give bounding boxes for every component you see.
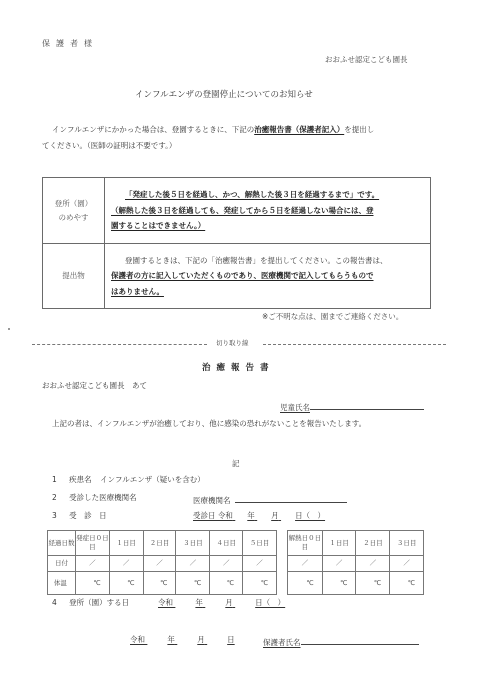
body-line: 保護者の方に記入していただくものであり、医療機関で記入してもらうもので (111, 268, 424, 284)
signature-date-field[interactable]: 令和 年 月 日 (130, 636, 235, 644)
notice-body-attendance: 「発症した後５日を経過し、かつ、解熱した後３日を経過するまで」です。 （解熱した… (105, 178, 431, 244)
onset-day-3: ３日目 (176, 531, 210, 556)
fever-date-row: ／ ／ ／ ／ (288, 556, 424, 572)
report-statement: 上記の者は、インフルエンザが治癒しており、他に感染の恐れがないことを報告いたしま… (52, 420, 366, 428)
notice-body-submission: 登園するときは、下記の「治癒報告書」を提出してください。この報告書は、 保護者の… (105, 244, 431, 309)
body-line: 登園するときは、下記の「治癒報告書」を提出してください。この報告書は、 (111, 253, 424, 269)
signature-month: 月 (197, 635, 205, 644)
date-cell[interactable]: ／ (176, 556, 210, 572)
onset-date-row: 日付 ／ ／ ／ ／ ／ ／ (48, 556, 277, 572)
notice-row-submission: 提出物 登園するときは、下記の「治癒報告書」を提出してください。この報告書は、 … (43, 244, 431, 309)
date-cell[interactable]: ／ (75, 556, 109, 572)
hospital-name-input[interactable] (235, 494, 347, 503)
scan-mark (8, 328, 10, 330)
fever-temp-row: ℃ ℃ ℃ ℃ (288, 572, 424, 595)
item-3: 3 受 診 日 (52, 512, 107, 520)
visit-date-field[interactable]: 受診日 令和 年 月 日（ ） (193, 512, 325, 520)
notice-label-submission: 提出物 (43, 244, 105, 309)
date-cell[interactable]: ／ (143, 556, 176, 572)
report-addressee: おおふせ認定こども園長 あて (42, 382, 147, 390)
onset-day-4: ４日目 (210, 531, 243, 556)
visit-month: 月 (271, 511, 279, 520)
report-title: 治癒報告書 (202, 364, 275, 373)
return-day: 日（ ） (255, 598, 285, 607)
guardian-name-field[interactable]: 保護者氏名 (263, 636, 419, 647)
label-line: 登所（園） (43, 197, 104, 211)
item-number: 2 (52, 493, 57, 502)
fever-temperature-table: 解熱日０日目 １日目 ２日目 ３日目 ／ ／ ／ ／ ℃ ℃ ℃ ℃ (287, 530, 424, 595)
temp-row-label: 体温 (48, 572, 76, 595)
fever-day-1: １日目 (322, 531, 356, 556)
elapsed-days-header: 経過日数 (48, 531, 76, 556)
temp-cell[interactable]: ℃ (75, 572, 109, 595)
ki-label: 記 (232, 460, 240, 468)
return-era: 令和 (158, 598, 173, 607)
visit-date-label: 受診日 令和 (193, 511, 233, 520)
hospital-name-field[interactable]: 医療機関名 (193, 494, 347, 505)
date-cell[interactable]: ／ (390, 556, 424, 572)
cut-line-left (32, 344, 207, 345)
temp-cell[interactable]: ℃ (288, 572, 323, 595)
visit-day: 日（ ） (295, 511, 325, 520)
notice-title: インフルエンザの登園停止についてのお知らせ (135, 91, 313, 100)
guardian-name-label: 保護者氏名 (263, 638, 301, 647)
fever-day-2: ２日目 (356, 531, 390, 556)
temp-cell[interactable]: ℃ (210, 572, 243, 595)
notice-label-attendance: 登所（園） のめやす (43, 178, 105, 244)
label-line: 提出物 (43, 269, 104, 283)
temp-cell[interactable]: ℃ (390, 572, 424, 595)
intro-line-2: てください。（医師の証明は不要です。） (42, 142, 176, 150)
report-name-emphasis: 治癒報告書（保護者記入） (254, 125, 344, 134)
return-date-field[interactable]: 令和 年 月 日（ ） (158, 599, 285, 607)
item-1: 1 疾患名 インフルエンザ（疑いを含む） (52, 476, 205, 484)
date-cell[interactable]: ／ (288, 556, 323, 572)
child-name-field[interactable]: 児童氏名 (280, 401, 424, 412)
temp-cell[interactable]: ℃ (176, 572, 210, 595)
onset-temp-row: 体温 ℃ ℃ ℃ ℃ ℃ ℃ (48, 572, 277, 595)
temp-cell[interactable]: ℃ (109, 572, 143, 595)
notice-table: 登所（園） のめやす 「発症した後５日を経過し、かつ、解熱した後３日を経過するま… (42, 177, 431, 309)
signature-day: 日 (227, 635, 235, 644)
signature-year: 年 (167, 635, 175, 644)
intro-text: インフルエンザにかかった場合は、登園するときに、下記の (52, 125, 254, 134)
label-line: のめやす (43, 211, 104, 225)
intro-text-end: を提出し (344, 125, 374, 134)
fever-day-0: 解熱日０日目 (288, 531, 323, 556)
item-label: 疾患名 (69, 475, 92, 484)
date-row-label: 日付 (48, 556, 76, 572)
intro-line-1: インフルエンザにかかった場合は、登園するときに、下記の治癒報告書（保護者記入）を… (52, 126, 374, 134)
child-name-input[interactable] (310, 401, 424, 410)
child-name-label: 児童氏名 (280, 403, 310, 412)
onset-day-5: ５日目 (243, 531, 277, 556)
guardian-name-input[interactable] (301, 636, 419, 645)
signature-era: 令和 (130, 635, 145, 644)
date-cell[interactable]: ／ (322, 556, 356, 572)
return-year: 年 (195, 598, 203, 607)
visit-year: 年 (247, 511, 255, 520)
item-label: 受診した医療機関名 (69, 493, 137, 502)
date-cell[interactable]: ／ (210, 556, 243, 572)
return-month: 月 (225, 598, 233, 607)
item-number: 1 (52, 475, 57, 484)
cut-line-right (263, 344, 446, 345)
date-cell[interactable]: ／ (356, 556, 390, 572)
body-line: （解熱した後３日を経過しても、発症してから５日を経過しない場合には、登 (111, 203, 424, 219)
date-cell[interactable]: ／ (109, 556, 143, 572)
notice-row-attendance: 登所（園） のめやす 「発症した後５日を経過し、かつ、解熱した後３日を経過するま… (43, 178, 431, 244)
body-line: 「発症した後５日を経過し、かつ、解熱した後３日を経過するまで」です。 (111, 187, 424, 203)
onset-day-1: １日目 (109, 531, 143, 556)
item-label: 受 診 日 (69, 511, 107, 520)
fever-header-row: 解熱日０日目 １日目 ２日目 ３日目 (288, 531, 424, 556)
recipient-label: 保護者様 (42, 40, 98, 48)
hospital-name-label: 医療機関名 (193, 496, 231, 505)
temp-cell[interactable]: ℃ (356, 572, 390, 595)
onset-header-row: 経過日数 発症日０日目 １日目 ２日目 ３日目 ４日目 ５日目 (48, 531, 277, 556)
disease-name: インフルエンザ（疑いを含む） (100, 475, 205, 484)
item-number: 3 (52, 511, 57, 520)
date-cell[interactable]: ／ (243, 556, 277, 572)
temp-cell[interactable]: ℃ (143, 572, 176, 595)
onset-day-0: 発症日０日目 (75, 531, 109, 556)
temp-cell[interactable]: ℃ (243, 572, 277, 595)
onset-temperature-table: 経過日数 発症日０日目 １日目 ２日目 ３日目 ４日目 ５日目 日付 ／ ／ ／… (47, 530, 277, 595)
body-line: 園することはできません。） (111, 218, 424, 234)
sender-label: おおふせ認定こども園長 (325, 56, 408, 64)
cut-line-label: 切り取り線 (216, 340, 249, 347)
onset-day-2: ２日目 (143, 531, 176, 556)
item-number: 4 (52, 598, 57, 607)
inquiry-note: ※ご不明な点は、園までご連絡ください。 (262, 313, 403, 321)
fever-day-3: ３日目 (390, 531, 424, 556)
body-line: はありません。 (111, 284, 424, 300)
item-2: 2 受診した医療機関名 (52, 494, 137, 502)
item-label: 登所（園）する日 (69, 598, 129, 607)
temp-cell[interactable]: ℃ (322, 572, 356, 595)
item-4: 4 登所（園）する日 (52, 599, 129, 607)
